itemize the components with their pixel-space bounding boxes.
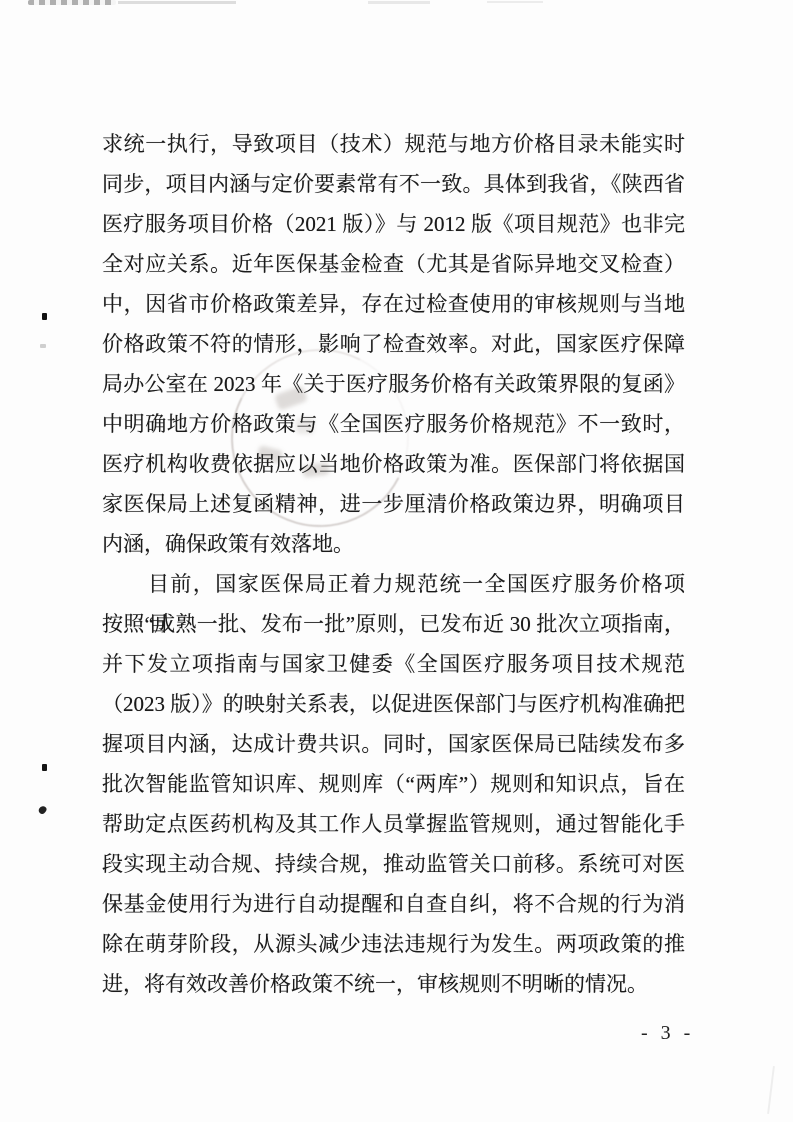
text-line: 按照“成熟一批、发布一批”原则，已发布近 30 批次立项指南， xyxy=(102,604,685,644)
scan-artifact-margin-dot xyxy=(42,313,47,320)
body-text: 求统一执行，导致项目（技术）规范与地方价格目录未能实时 同步，项目内涵与定价要素… xyxy=(102,124,685,1004)
text-line: 除在萌芽阶段，从源头减少违法违规行为发生。两项政策的推 xyxy=(102,924,685,964)
text-line: 进，将有效改善价格政策不统一，审核规则不明晰的情况。 xyxy=(102,964,685,1004)
scan-artifact-top-edge xyxy=(28,0,116,5)
text-line: 段实现主动合规、持续合规，推动监管关口前移。系统可对医 xyxy=(102,844,685,884)
scan-artifact-top-edge xyxy=(118,1,236,4)
text-line: 帮助定点医药机构及其工作人员掌握监管规则，通过智能化手 xyxy=(102,804,685,844)
document-page: 求统一执行，导致项目（技术）规范与地方价格目录未能实时 同步，项目内涵与定价要素… xyxy=(0,0,793,1122)
paragraph-1: 求统一执行，导致项目（技术）规范与地方价格目录未能实时 同步，项目内涵与定价要素… xyxy=(102,124,685,564)
text-line: 全对应关系。近年医保基金检查（尤其是省际异地交叉检查） xyxy=(102,244,685,284)
text-line: 价格政策不符的情形，影响了检查效率。对此，国家医疗保障 xyxy=(102,324,685,364)
text-line: （2023 版）》的映射关系表，以促进医保部门与医疗机构准确把 xyxy=(102,684,685,724)
text-line: 求统一执行，导致项目（技术）规范与地方价格目录未能实时 xyxy=(102,124,685,164)
text-line: 握项目内涵，达成计费共识。同时，国家医保局已陆续发布多 xyxy=(102,724,685,764)
text-line: 局办公室在 2023 年《关于医疗服务价格有关政策界限的复函》 xyxy=(102,364,685,404)
text-line: 中，因省市价格政策差异，存在过检查使用的审核规则与当地 xyxy=(102,284,685,324)
text-line: 医疗服务项目价格（2021 版）》与 2012 版《项目规范》也非完 xyxy=(102,204,685,244)
paragraph-2: 目前，国家医保局正着力规范统一全国医疗服务价格项目， 按照“成熟一批、发布一批”… xyxy=(102,564,685,1004)
text-line: 目前，国家医保局正着力规范统一全国医疗服务价格项目， xyxy=(102,564,685,604)
text-line: 保基金使用行为进行自动提醒和自查自纠，将不合规的行为消 xyxy=(102,884,685,924)
text-line: 并下发立项指南与国家卫健委《全国医疗服务项目技术规范 xyxy=(102,644,685,684)
text-line: 中明确地方价格政策与《全国医疗服务价格规范》不一致时， xyxy=(102,404,685,444)
page-number: - 3 - xyxy=(641,1018,711,1048)
text-line: 批次智能监管知识库、规则库（“两库”）规则和知识点，旨在 xyxy=(102,764,685,804)
scan-artifact-top-edge xyxy=(368,1,430,4)
scan-artifact-margin-dot xyxy=(42,764,47,771)
scan-artifact-margin-dot xyxy=(40,344,46,348)
scan-artifact-scratch xyxy=(767,1066,775,1114)
text-line: 同步，项目内涵与定价要素常有不一致。具体到我省，《陕西省 xyxy=(102,164,685,204)
text-line: 家医保局上述复函精神，进一步厘清价格政策边界，明确项目 xyxy=(102,484,685,524)
text-line: 医疗机构收费依据应以当地价格政策为准。医保部门将依据国 xyxy=(102,444,685,484)
text-line: 内涵，确保政策有效落地。 xyxy=(102,524,685,564)
scan-artifact-margin-dot xyxy=(37,805,47,816)
scan-artifact-top-edge xyxy=(487,1,543,3)
